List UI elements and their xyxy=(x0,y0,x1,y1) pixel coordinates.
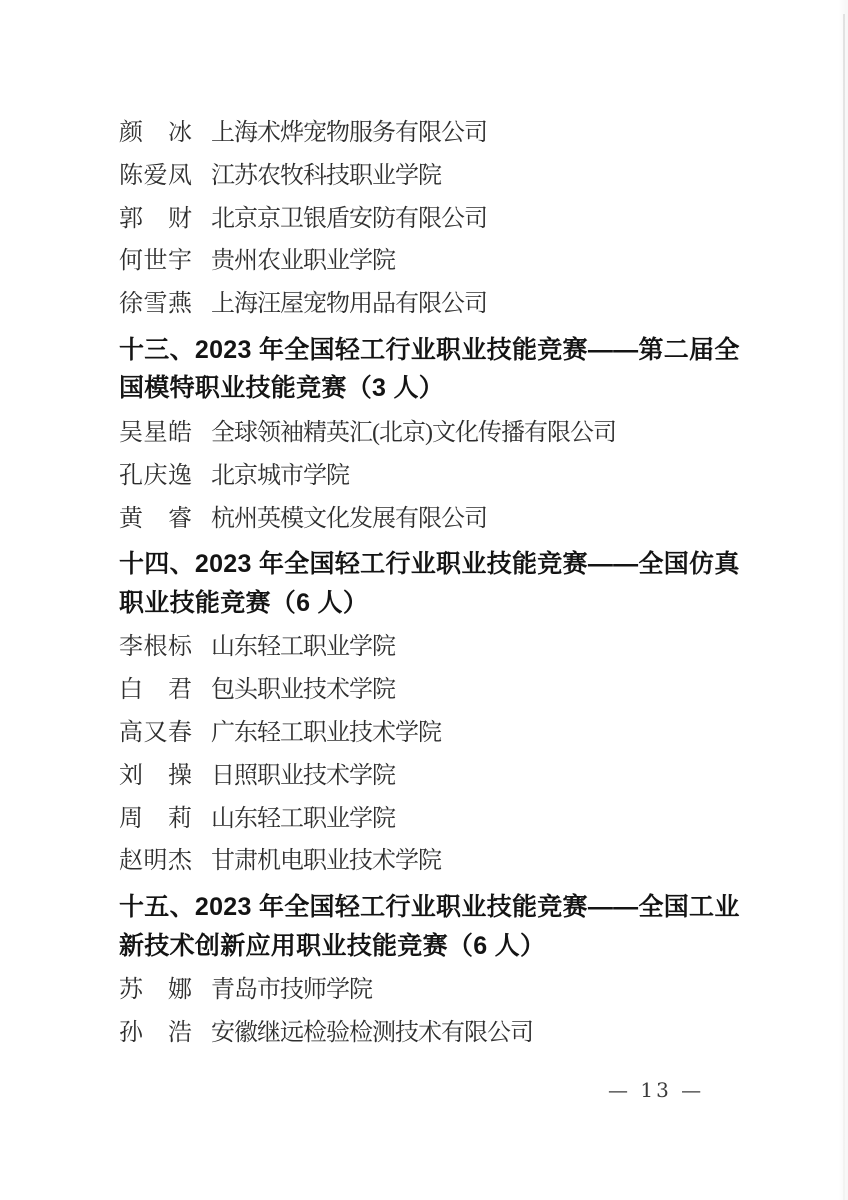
awardee-org: 广东轻工职业技术学院 xyxy=(211,712,441,755)
awardee-name: 颜 冰 xyxy=(119,112,193,155)
awardee-name: 周 莉 xyxy=(119,798,193,841)
awardee-org: 杭州英模文化发展有限公司 xyxy=(211,498,487,541)
section-entries: 李根标 山东轻工职业学院 白 君 包头职业技术学院 高又春 广东轻工职业技术学院… xyxy=(119,626,741,883)
awardee-org: 山东轻工职业学院 xyxy=(211,626,395,669)
page-number: — 13 — xyxy=(608,1078,704,1102)
competition-section: 十三、2023 年全国轻工行业职业技能竞赛——第二届全国模特职业技能竞赛（3 人… xyxy=(119,331,741,540)
awardee-name: 孔庆逸 xyxy=(119,455,193,498)
list-item: 高又春 广东轻工职业技术学院 xyxy=(119,712,741,755)
awardee-name: 孙 浩 xyxy=(119,1012,193,1055)
awardee-name: 吴星皓 xyxy=(119,412,193,455)
awardee-org: 日照职业技术学院 xyxy=(211,755,395,798)
awardee-name: 何世宇 xyxy=(119,240,193,283)
awardee-name: 郭 财 xyxy=(119,198,193,241)
awardee-name: 陈爱凤 xyxy=(119,155,193,198)
section-heading: 十五、2023 年全国轻工行业职业技能竞赛——全国工业新技术创新应用职业技能竞赛… xyxy=(119,888,741,965)
awardee-org: 山东轻工职业学院 xyxy=(211,798,395,841)
list-item: 赵明杰 甘肃机电职业技术学院 xyxy=(119,840,741,883)
list-item: 徐雪燕 上海汪屋宠物用品有限公司 xyxy=(119,283,741,326)
list-item: 刘 操 日照职业技术学院 xyxy=(119,755,741,798)
awardee-org: 北京城市学院 xyxy=(211,455,349,498)
list-item: 颜 冰 上海术烨宠物服务有限公司 xyxy=(119,112,741,155)
awardee-org: 北京京卫银盾安防有限公司 xyxy=(211,198,487,241)
section-entries: 吴星皓 全球领袖精英汇(北京)文化传播有限公司 孔庆逸 北京城市学院 黄 睿 杭… xyxy=(119,412,741,540)
list-item: 白 君 包头职业技术学院 xyxy=(119,669,741,712)
list-item: 陈爱凤 江苏农牧科技职业学院 xyxy=(119,155,741,198)
awardee-name: 李根标 xyxy=(119,626,193,669)
awardee-name: 刘 操 xyxy=(119,755,193,798)
awardee-org: 贵州农业职业学院 xyxy=(211,240,395,283)
competition-section: 十五、2023 年全国轻工行业职业技能竞赛——全国工业新技术创新应用职业技能竞赛… xyxy=(119,888,741,1055)
awardee-org: 包头职业技术学院 xyxy=(211,669,395,712)
section-heading: 十三、2023 年全国轻工行业职业技能竞赛——第二届全国模特职业技能竞赛（3 人… xyxy=(119,331,741,408)
section-entries: 颜 冰 上海术烨宠物服务有限公司 陈爱凤 江苏农牧科技职业学院 郭 财 北京京卫… xyxy=(119,112,741,326)
awardee-name: 苏 娜 xyxy=(119,969,193,1012)
awardee-name: 赵明杰 xyxy=(119,840,193,883)
list-item: 何世宇 贵州农业职业学院 xyxy=(119,240,741,283)
section-entries: 苏 娜 青岛市技师学院 孙 浩 安徽继远检验检测技术有限公司 xyxy=(119,969,741,1055)
list-item: 苏 娜 青岛市技师学院 xyxy=(119,969,741,1012)
awardee-name: 白 君 xyxy=(119,669,193,712)
list-item: 黄 睿 杭州英模文化发展有限公司 xyxy=(119,498,741,541)
awardee-name: 高又春 xyxy=(119,712,193,755)
list-item: 吴星皓 全球领袖精英汇(北京)文化传播有限公司 xyxy=(119,412,741,455)
document-page: 颜 冰 上海术烨宠物服务有限公司 陈爱凤 江苏农牧科技职业学院 郭 财 北京京卫… xyxy=(0,0,848,1200)
awardee-org: 青岛市技师学院 xyxy=(211,969,372,1012)
list-item: 周 莉 山东轻工职业学院 xyxy=(119,798,741,841)
section-heading: 十四、2023 年全国轻工行业职业技能竞赛——全国仿真职业技能竞赛（6 人） xyxy=(119,545,741,622)
list-item: 孙 浩 安徽继远检验检测技术有限公司 xyxy=(119,1012,741,1055)
award-winner-list: 颜 冰 上海术烨宠物服务有限公司 陈爱凤 江苏农牧科技职业学院 郭 财 北京京卫… xyxy=(119,112,741,1055)
awardee-org: 全球领袖精英汇(北京)文化传播有限公司 xyxy=(211,412,616,455)
awardee-org: 江苏农牧科技职业学院 xyxy=(211,155,441,198)
list-item: 李根标 山东轻工职业学院 xyxy=(119,626,741,669)
competition-section: 十四、2023 年全国轻工行业职业技能竞赛——全国仿真职业技能竞赛（6 人） 李… xyxy=(119,545,741,883)
awardee-name: 徐雪燕 xyxy=(119,283,193,326)
awardee-org: 上海汪屋宠物用品有限公司 xyxy=(211,283,487,326)
list-item: 郭 财 北京京卫银盾安防有限公司 xyxy=(119,198,741,241)
competition-section: 颜 冰 上海术烨宠物服务有限公司 陈爱凤 江苏农牧科技职业学院 郭 财 北京京卫… xyxy=(119,112,741,326)
awardee-name: 黄 睿 xyxy=(119,498,193,541)
awardee-org: 甘肃机电职业技术学院 xyxy=(211,840,441,883)
awardee-org: 上海术烨宠物服务有限公司 xyxy=(211,112,487,155)
list-item: 孔庆逸 北京城市学院 xyxy=(119,455,741,498)
scan-edge-line xyxy=(843,14,845,1200)
awardee-org: 安徽继远检验检测技术有限公司 xyxy=(211,1012,533,1055)
